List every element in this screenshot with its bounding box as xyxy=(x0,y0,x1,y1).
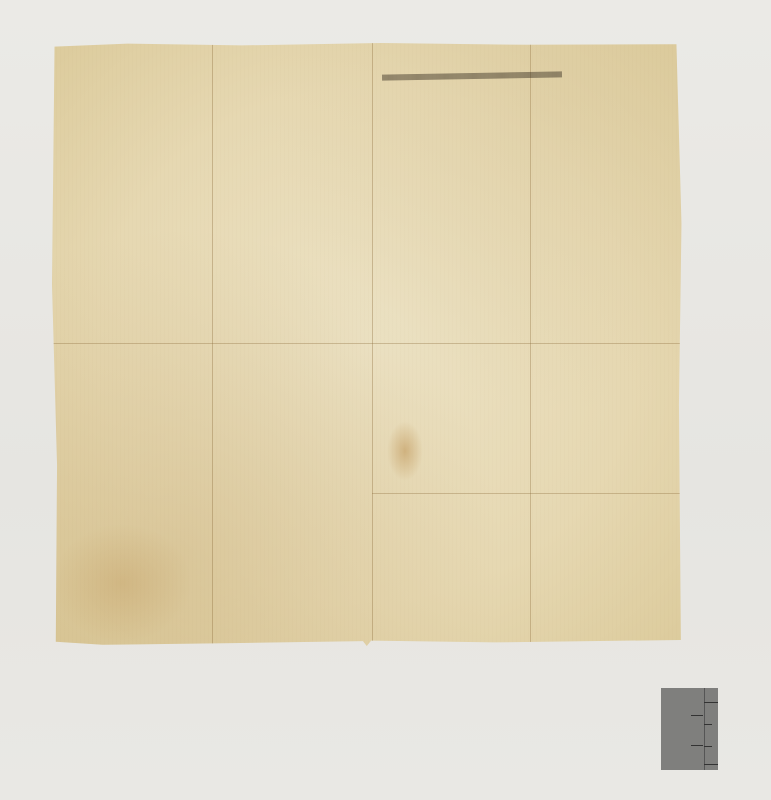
inch-tick xyxy=(704,702,718,703)
fold-line-horizontal xyxy=(52,343,684,344)
grayscale-patch-row xyxy=(51,728,661,771)
fold-line-vertical-1 xyxy=(212,43,213,646)
foxing-stain xyxy=(387,421,423,481)
cm-tick xyxy=(691,715,703,716)
inch-tick xyxy=(704,724,712,725)
fold-line-vertical-3 xyxy=(530,43,531,646)
manuscript-leaf xyxy=(52,43,684,646)
measurement-ruler xyxy=(661,688,718,770)
color-patch-row xyxy=(51,688,661,728)
color-calibration-target xyxy=(51,688,661,770)
fold-line-horizontal-partial xyxy=(372,493,684,494)
inch-scale xyxy=(704,688,718,770)
inch-tick xyxy=(704,764,718,765)
inch-tick xyxy=(704,746,712,747)
fold-line-vertical-2 xyxy=(372,43,373,646)
cm-tick xyxy=(691,745,703,746)
water-stain xyxy=(52,523,192,643)
